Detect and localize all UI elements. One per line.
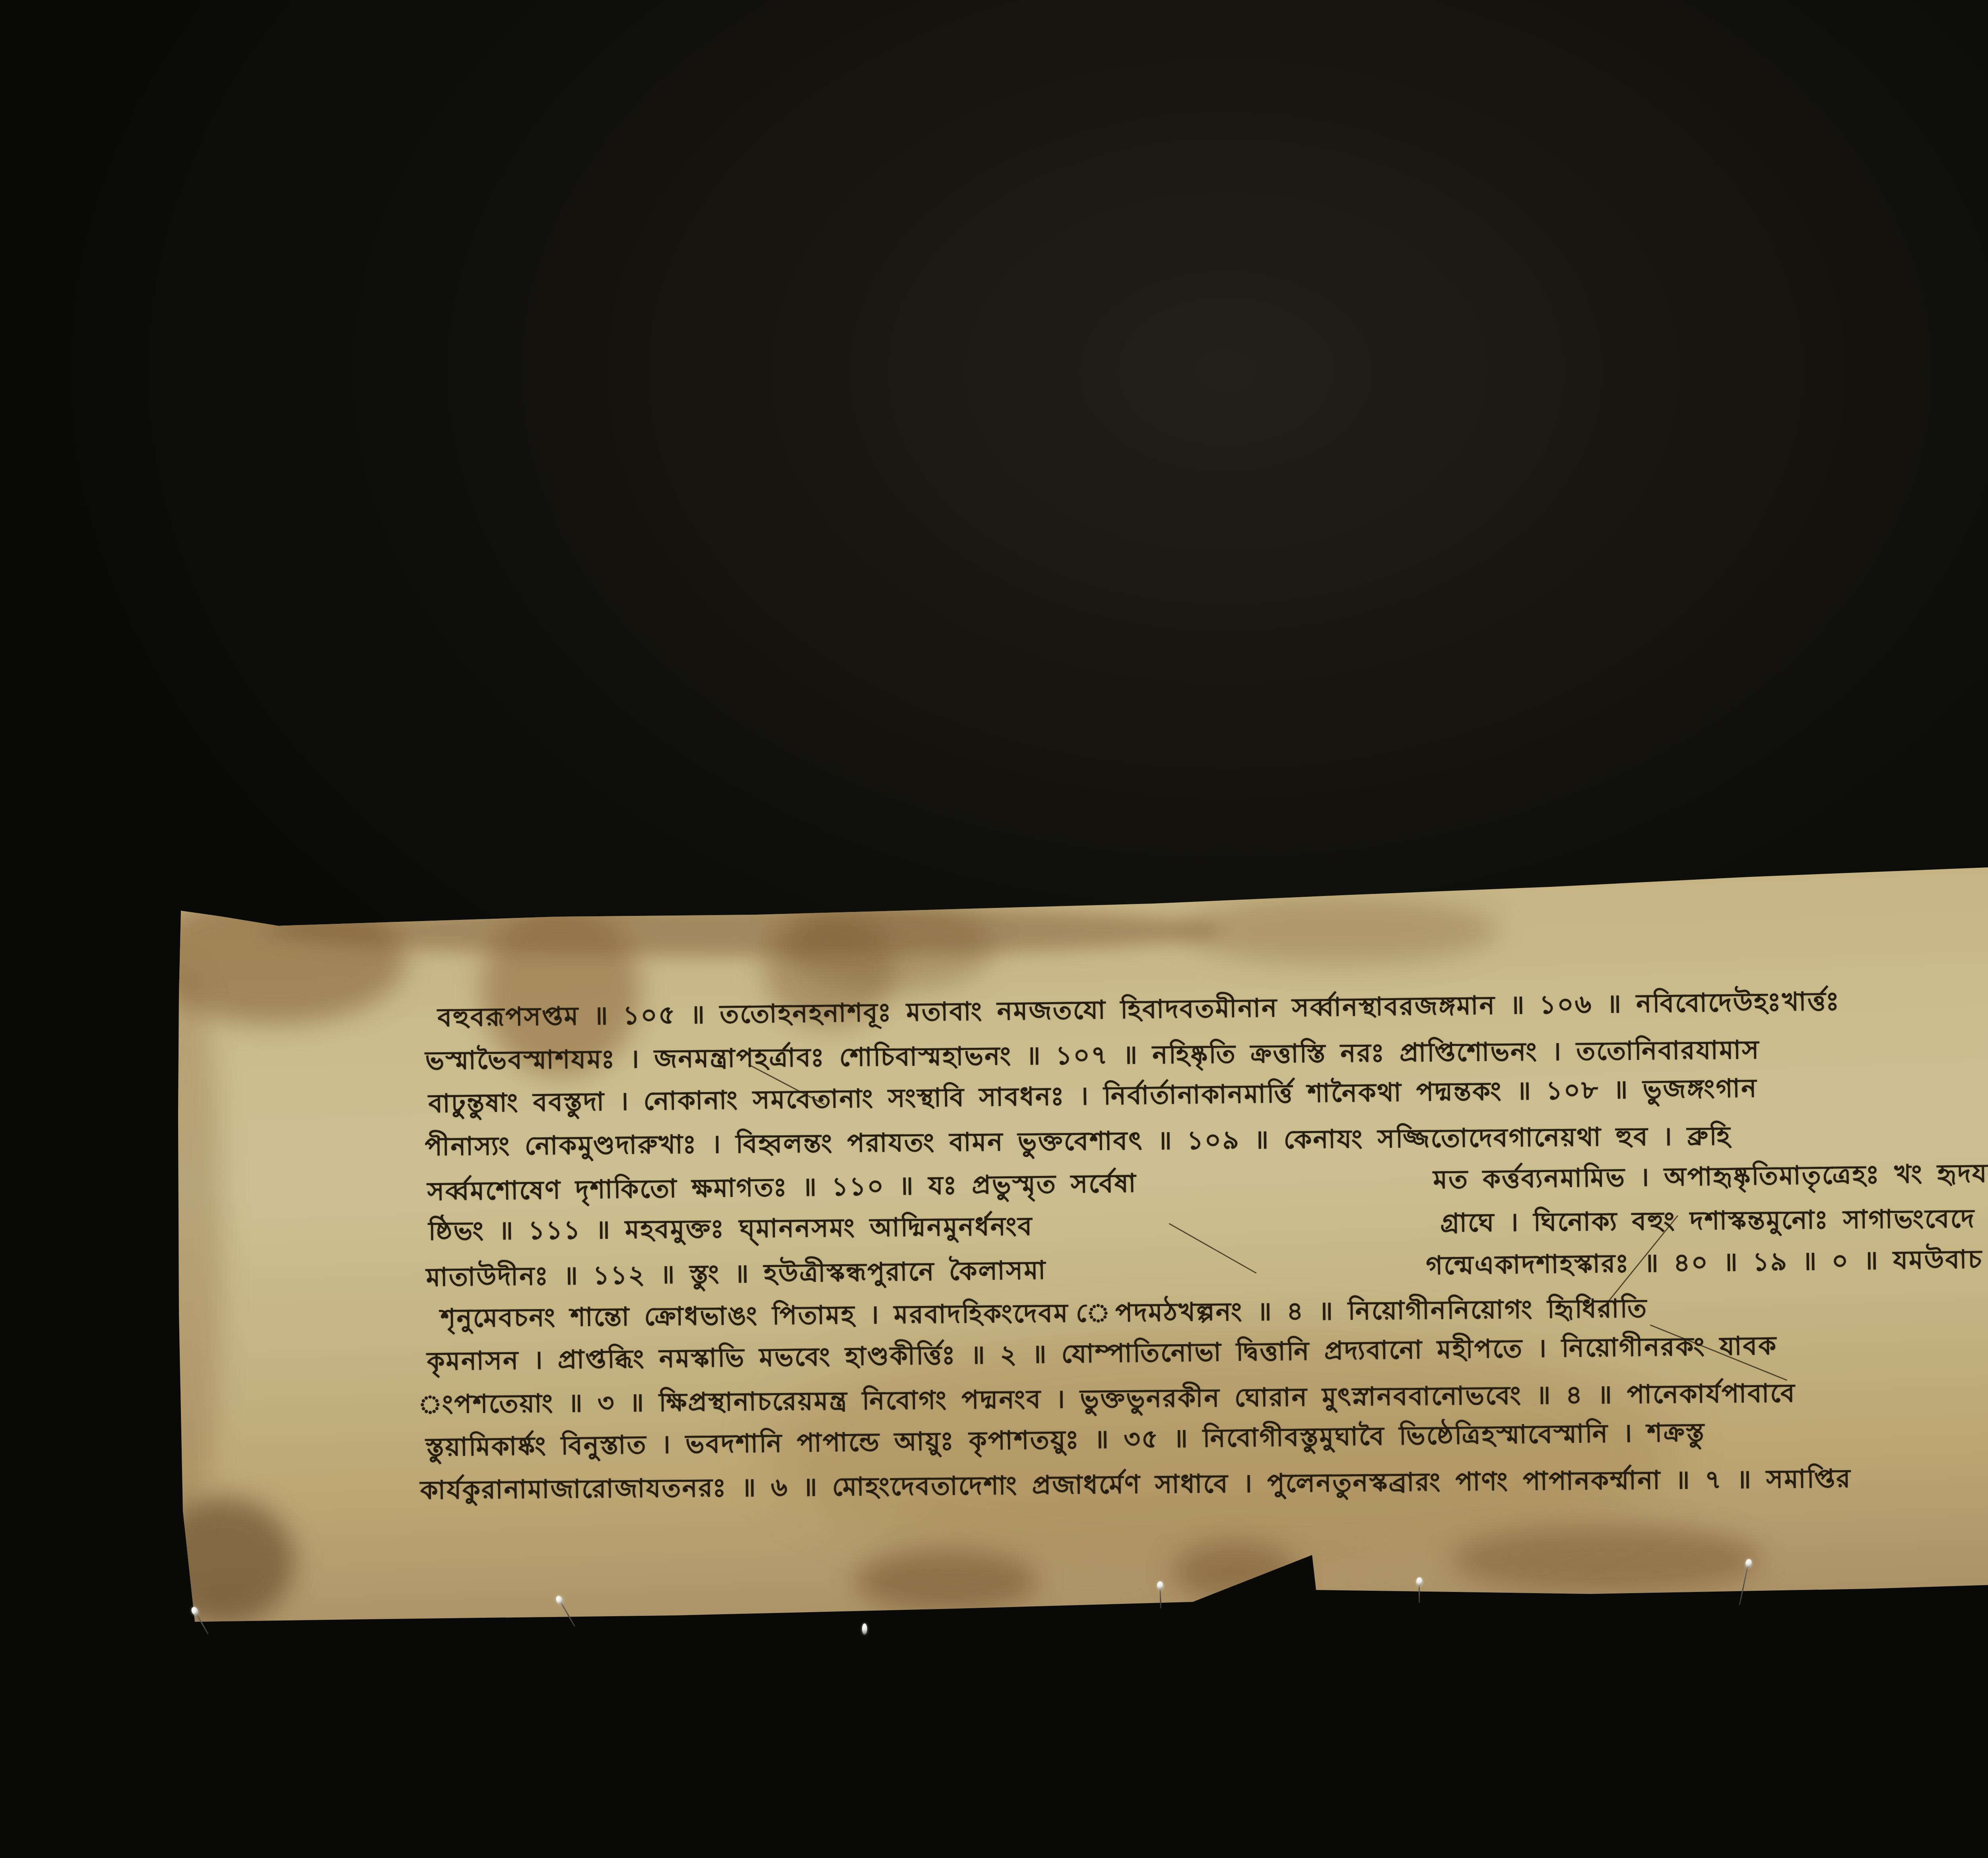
- paper-stain: [151, 1497, 294, 1625]
- paper-stain: [1181, 897, 1499, 964]
- paper-stain: [266, 905, 1221, 956]
- line-text-left: সর্ব্বমশোষেণ দৃশাকিতো ক্ষমাগতঃ ॥ ১১০ ॥ য…: [427, 1164, 1137, 1212]
- pin-head-icon: [1157, 1581, 1163, 1590]
- manuscript-line-4: পীনাস্যং নোকমুণ্ডদারুখাঃ । বিহ্বলন্তং পর…: [425, 1127, 425, 1170]
- line-text-left: মাতাউদীনঃ ॥ ১১২ ॥ স্তুং ॥ হউত্রীস্কন্ধপু…: [426, 1250, 1047, 1297]
- paper-stain: [787, 901, 994, 992]
- line-text-right: মত কর্ত্তব্যনমামিভ । অপাহৃষ্কৃতিমাতৃত্রে…: [1433, 1153, 1988, 1200]
- manuscript-line-2: ভস্মাভৈবস্মাশযমঃ । জনমন্ত্রাপহর্ত্রাবঃ শ…: [425, 1041, 425, 1084]
- manuscript-page: বহুবরূপসপ্তম ॥ ১০৫ ॥ ততোহনহনাশবূঃ মতাবাং…: [167, 849, 1988, 1625]
- pin-head-icon: [1416, 1577, 1423, 1586]
- line-text-left: ষ্ঠিভং ॥ ১১১ ॥ মহবমুক্তঃ ঘ্মাননসমং আদ্মি…: [428, 1207, 1033, 1251]
- paper-stain: [147, 968, 223, 1525]
- line-text: কার্যকুরানামাজারোজাযতনরঃ ॥ ৬ ॥ মোহংদেবতা…: [420, 1459, 1852, 1511]
- line-text-right: গন্মেএকাদশাহস্কারঃ ॥ ৪০ ॥ ১৯ ॥ ০ ॥ যমউবা…: [1426, 1239, 1988, 1286]
- manuscript-line-9: কৃমনাসন । প্রাপ্তব্ধিং নমস্কাভি মভবেং হা…: [427, 1342, 427, 1385]
- photograph: বহুবরূপসপ্তম ॥ ১০৫ ॥ ততোহনহনাশবূঃ মতাবাং…: [0, 0, 1988, 1858]
- line-text-right: গ্রাঘে । ঘিনোক্য বহুং দশাস্কন্তমুনোঃ সাগ…: [1440, 1199, 1975, 1243]
- pin-head-icon: [862, 1623, 867, 1634]
- text-block: বহুবরূপসপ্তম ॥ ১০৫ ॥ ততোহনহনাশবূঃ মতাবাং…: [421, 980, 1988, 1595]
- manuscript-line-10: ংপশতেয়াং ॥ ৩ ॥ ক্ষিপ্রস্থানাচরেয়মন্ত্র…: [418, 1385, 418, 1428]
- manuscript-line-1: বহুবরূপসপ্তম ॥ ১০৫ ॥ ততোহনহনাশবূঃ মতাবাং…: [437, 998, 438, 1041]
- line-text: বহুবরূপসপ্তম ॥ ১০৫ ॥ ততোহনহনাশবূঃ মতাবাং…: [437, 981, 1840, 1038]
- manuscript-line-11: স্তুয়ামিকার্ষ্কং বিনুস্তাত । ভবদশানি পা…: [425, 1428, 426, 1471]
- manuscript-line-12: কার্যকুরানামাজারোজাযতনরঃ ॥ ৬ ॥ মোহংদেবতা…: [420, 1471, 420, 1514]
- manuscript-line-3: বাঢুন্তুষাং ববস্তুদা । নোকানাং সমবেতানাং…: [428, 1084, 429, 1127]
- manuscript-line-8: শৃনুমেবচনং শান্তো ক্রোধভাঙং পিতামহ । মরব…: [440, 1299, 441, 1342]
